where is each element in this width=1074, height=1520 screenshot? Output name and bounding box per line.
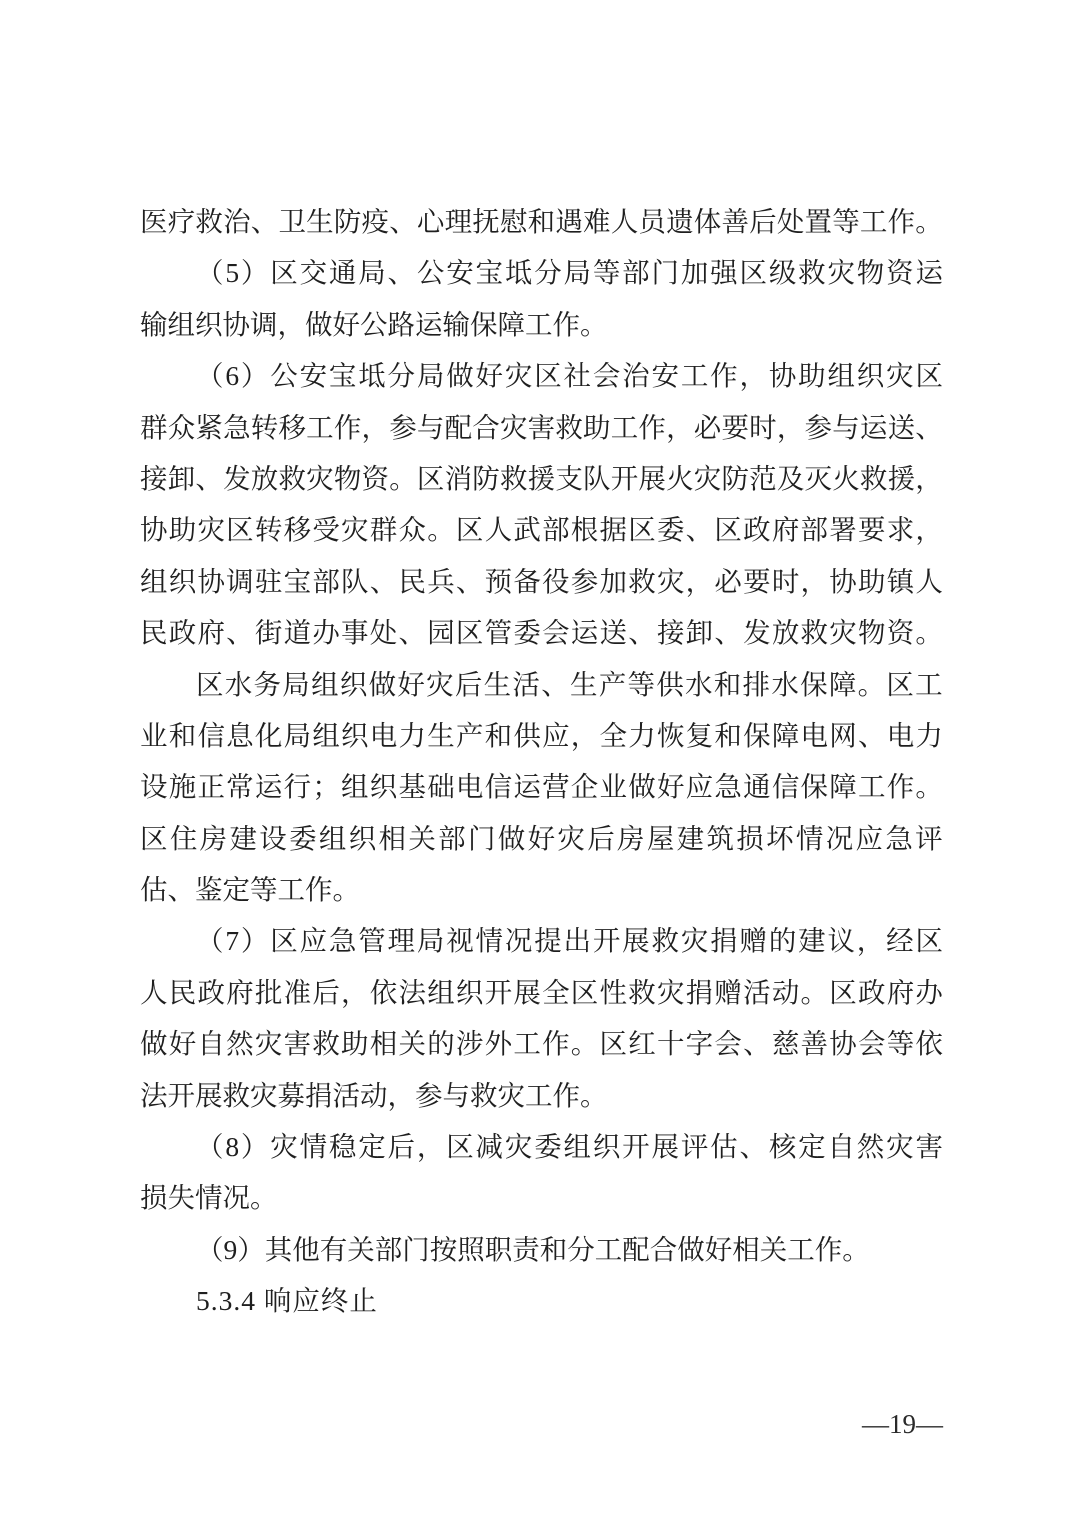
text-line: 接卸、发放救灾物资。区消防救援支队开展火灾防范及灭火救援， bbox=[140, 453, 943, 504]
text-line: （8）灾情稳定后，区减灾委组织开展评估、核定自然灾害 bbox=[140, 1121, 943, 1172]
text-line: 组织协调驻宝部队、民兵、预备役参加救灾，必要时，协助镇人 bbox=[140, 556, 943, 607]
text-line: 区住房建设委组织相关部门做好灾后房屋建筑损坏情况应急评 bbox=[140, 813, 943, 864]
text-line: 做好自然灾害救助相关的涉外工作。区红十字会、慈善协会等依 bbox=[140, 1018, 943, 1069]
text-line: 医疗救治、卫生防疫、心理抚慰和遇难人员遗体善后处置等工作。 bbox=[140, 196, 943, 247]
text-line: （5）区交通局、公安宝坻分局等部门加强区级救灾物资运 bbox=[140, 247, 943, 298]
text-line: （6）公安宝坻分局做好灾区社会治安工作，协助组织灾区 bbox=[140, 350, 943, 401]
text-line: 民政府、街道办事处、园区管委会运送、接卸、发放救灾物资。 bbox=[140, 607, 943, 658]
text-line: 法开展救灾募捐活动，参与救灾工作。 bbox=[140, 1070, 943, 1121]
page-number: —19— bbox=[862, 1404, 943, 1444]
text-line: 人民政府批准后，依法组织开展全区性救灾捐赠活动。区政府办 bbox=[140, 967, 943, 1018]
text-line: （9）其他有关部门按照职责和分工配合做好相关工作。 bbox=[140, 1224, 943, 1275]
text-line: 输组织协调，做好公路运输保障工作。 bbox=[140, 299, 943, 350]
text-line: 设施正常运行；组织基础电信运营企业做好应急通信保障工作。 bbox=[140, 761, 943, 812]
text-line: 区水务局组织做好灾后生活、生产等供水和排水保障。区工 bbox=[140, 659, 943, 710]
document-body: 医疗救治、卫生防疫、心理抚慰和遇难人员遗体善后处置等工作。（5）区交通局、公安宝… bbox=[140, 196, 943, 1327]
text-line: （7）区应急管理局视情况提出开展救灾捐赠的建议，经区 bbox=[140, 915, 943, 966]
text-line: 估、鉴定等工作。 bbox=[140, 864, 943, 915]
text-line: 损失情况。 bbox=[140, 1172, 943, 1223]
text-line: 业和信息化局组织电力生产和供应，全力恢复和保障电网、电力 bbox=[140, 710, 943, 761]
section-heading: 5.3.4 响应终止 bbox=[140, 1275, 943, 1326]
text-line: 群众紧急转移工作，参与配合灾害救助工作，必要时，参与运送、 bbox=[140, 402, 943, 453]
document-page: 医疗救治、卫生防疫、心理抚慰和遇难人员遗体善后处置等工作。（5）区交通局、公安宝… bbox=[0, 0, 1074, 1520]
text-line: 协助灾区转移受灾群众。区人武部根据区委、区政府部署要求， bbox=[140, 504, 943, 555]
